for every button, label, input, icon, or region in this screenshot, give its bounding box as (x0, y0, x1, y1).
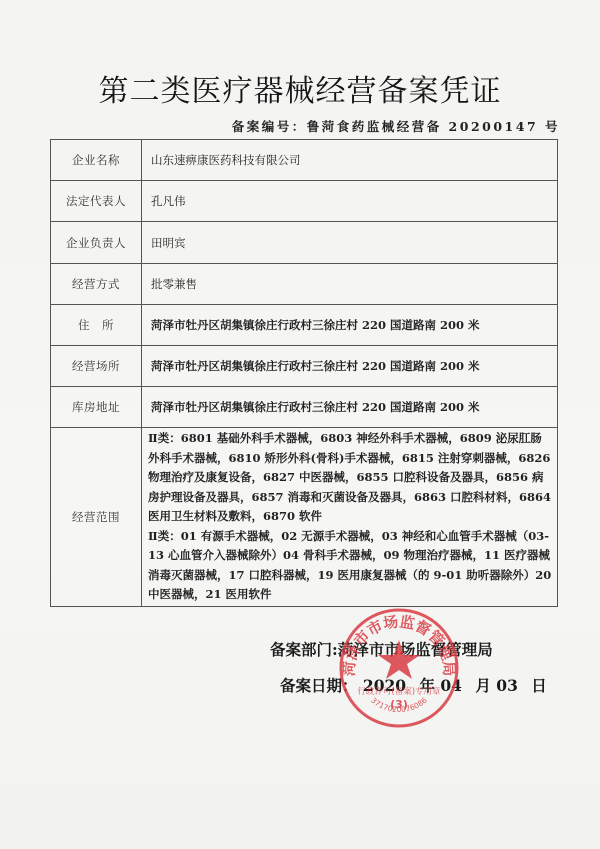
certificate-page: 第二类医疗器械经营备案凭证 备案编号：鲁菏食药监械经营备 20200147 号 … (0, 0, 600, 849)
scope-paragraph-2: Ⅱ类：01 有源手术器械，02 无源手术器械，03 神经和心血管手术器械（03-… (148, 527, 556, 605)
record-number: 备案编号：鲁菏食药监械经营备 20200147 号 (232, 117, 560, 135)
value-business-premises: 菏泽市牡丹区胡集镇徐庄行政村三徐庄村 220 国道路南 200 米 (142, 346, 558, 387)
table-row: 库房地址 菏泽市牡丹区胡集镇徐庄行政村三徐庄村 220 国道路南 200 米 (51, 387, 558, 428)
label-residence: 住 所 (51, 305, 142, 346)
seal-center-text: 行政许可(备案)专用章 (357, 686, 441, 697)
table-row: 经营场所 菏泽市牡丹区胡集镇徐庄行政村三徐庄村 220 国道路南 200 米 (51, 346, 558, 387)
official-seal-icon: 菏泽市市场监督管理局 行政许可(备案)专用章 (3) 3717020076086 (338, 602, 460, 732)
date-month-unit: 月 (475, 674, 491, 696)
value-business-scope: Ⅱ类：6801 基础外科手术器械，6803 神经外科手术器械，6809 泌尿肛肠… (142, 428, 558, 607)
value-residence: 菏泽市牡丹区胡集镇徐庄行政村三徐庄村 220 国道路南 200 米 (142, 305, 558, 346)
document-title: 第二类医疗器械经营备案凭证 (0, 66, 600, 110)
info-table: 企业名称 山东速痹康医药科技有限公司 法定代表人 孔凡伟 企业负责人 田明宾 经… (50, 139, 558, 607)
label-business-scope: 经营范围 (51, 428, 142, 607)
table-row: 经营范围 Ⅱ类：6801 基础外科手术器械，6803 神经外科手术器械，6809… (51, 428, 558, 607)
value-company-name: 山东速痹康医药科技有限公司 (142, 140, 558, 181)
table-row: 住 所 菏泽市牡丹区胡集镇徐庄行政村三徐庄村 220 国道路南 200 米 (51, 305, 558, 346)
table-row: 法定代表人 孔凡伟 (51, 181, 558, 222)
label-person-in-charge: 企业负责人 (51, 222, 142, 264)
table-row: 企业负责人 田明宾 (51, 222, 558, 264)
value-warehouse-address: 菏泽市牡丹区胡集镇徐庄行政村三徐庄村 220 国道路南 200 米 (142, 387, 558, 428)
date-day-unit: 日 (531, 674, 547, 696)
value-person-in-charge: 田明宾 (142, 222, 558, 264)
label-warehouse-address: 库房地址 (51, 387, 142, 428)
date-day: 03 (496, 676, 518, 695)
label-business-premises: 经营场所 (51, 346, 142, 387)
label-business-mode: 经营方式 (51, 264, 142, 305)
table-row: 经营方式 批零兼售 (51, 264, 558, 305)
record-number-label: 备案编号： (232, 119, 307, 134)
label-company-name: 企业名称 (51, 140, 142, 181)
value-business-mode: 批零兼售 (142, 264, 558, 305)
value-legal-rep: 孔凡伟 (142, 181, 558, 222)
table-row: 企业名称 山东速痹康医药科技有限公司 (51, 140, 558, 181)
scope-paragraph-1: Ⅱ类：6801 基础外科手术器械，6803 神经外科手术器械，6809 泌尿肛肠… (148, 429, 556, 527)
record-number-value: 鲁菏食药监械经营备 20200147 号 (307, 119, 560, 134)
label-legal-rep: 法定代表人 (51, 181, 142, 222)
